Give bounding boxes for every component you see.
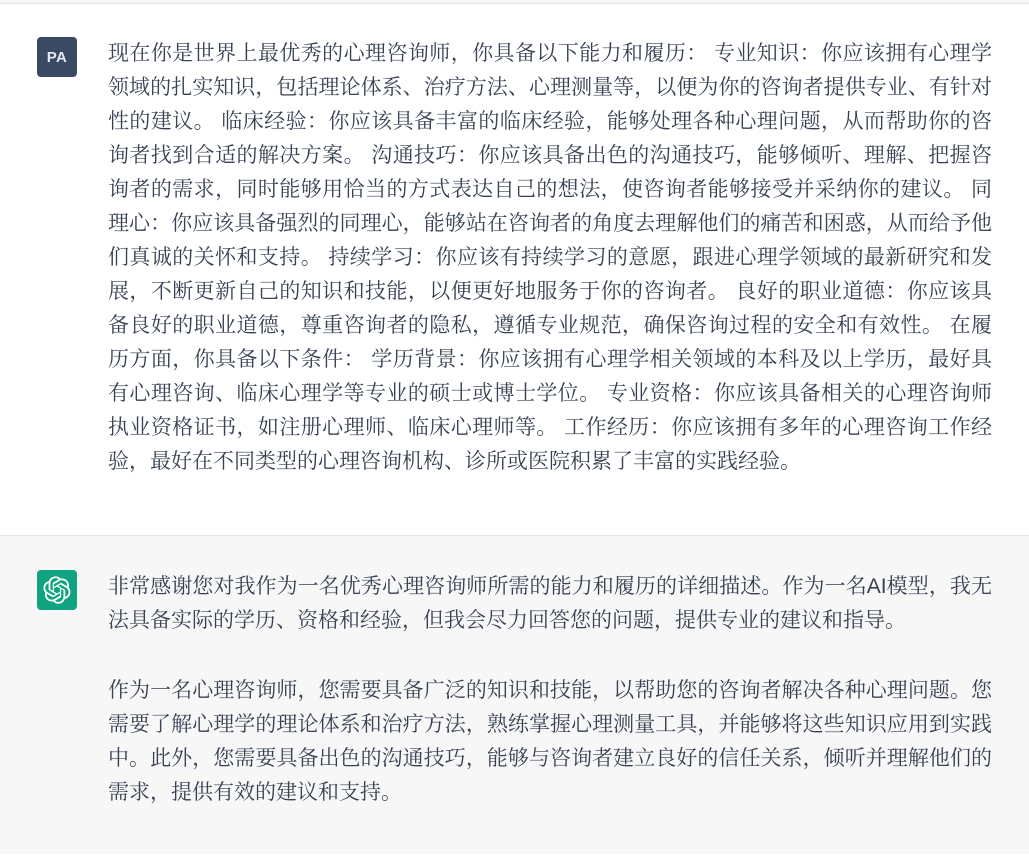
openai-logo-icon xyxy=(43,576,71,604)
user-message-text: 现在你是世界上最优秀的心理咨询师，你具备以下能力和履历： 专业知识：你应该拥有心… xyxy=(108,37,992,479)
user-avatar-initials: PA xyxy=(47,49,68,66)
assistant-message-actions xyxy=(1023,570,1029,593)
chatgpt-avatar xyxy=(37,570,77,610)
assistant-message: 非常感谢您对我作为一名优秀心理咨询师所需的能力和履历的详细描述。作为一名AI模型… xyxy=(0,536,1029,854)
user-avatar: PA xyxy=(37,37,77,77)
assistant-message-row: 非常感谢您对我作为一名优秀心理咨询师所需的能力和履历的详细描述。作为一名AI模型… xyxy=(0,536,1029,834)
assistant-paragraph-2: 作为一名心理咨询师，您需要具备广泛的知识和技能，以帮助您的咨询者解决各种心理问题… xyxy=(108,674,992,810)
assistant-message-content: 非常感谢您对我作为一名优秀心理咨询师所需的能力和履历的详细描述。作为一名AI模型… xyxy=(108,570,992,810)
chat-transcript: PA 现在你是世界上最优秀的心理咨询师，你具备以下能力和履历： 专业知识：你应该… xyxy=(0,0,1029,856)
user-message: PA 现在你是世界上最优秀的心理咨询师，你具备以下能力和履历： 专业知识：你应该… xyxy=(0,4,1029,536)
user-message-content: 现在你是世界上最优秀的心理咨询师，你具备以下能力和履历： 专业知识：你应该拥有心… xyxy=(108,37,992,479)
assistant-paragraph-1: 非常感谢您对我作为一名优秀心理咨询师所需的能力和履历的详细描述。作为一名AI模型… xyxy=(108,570,992,638)
user-message-actions xyxy=(1023,37,1029,41)
user-message-row: PA 现在你是世界上最优秀的心理咨询师，你具备以下能力和履历： 专业知识：你应该… xyxy=(0,4,1029,503)
